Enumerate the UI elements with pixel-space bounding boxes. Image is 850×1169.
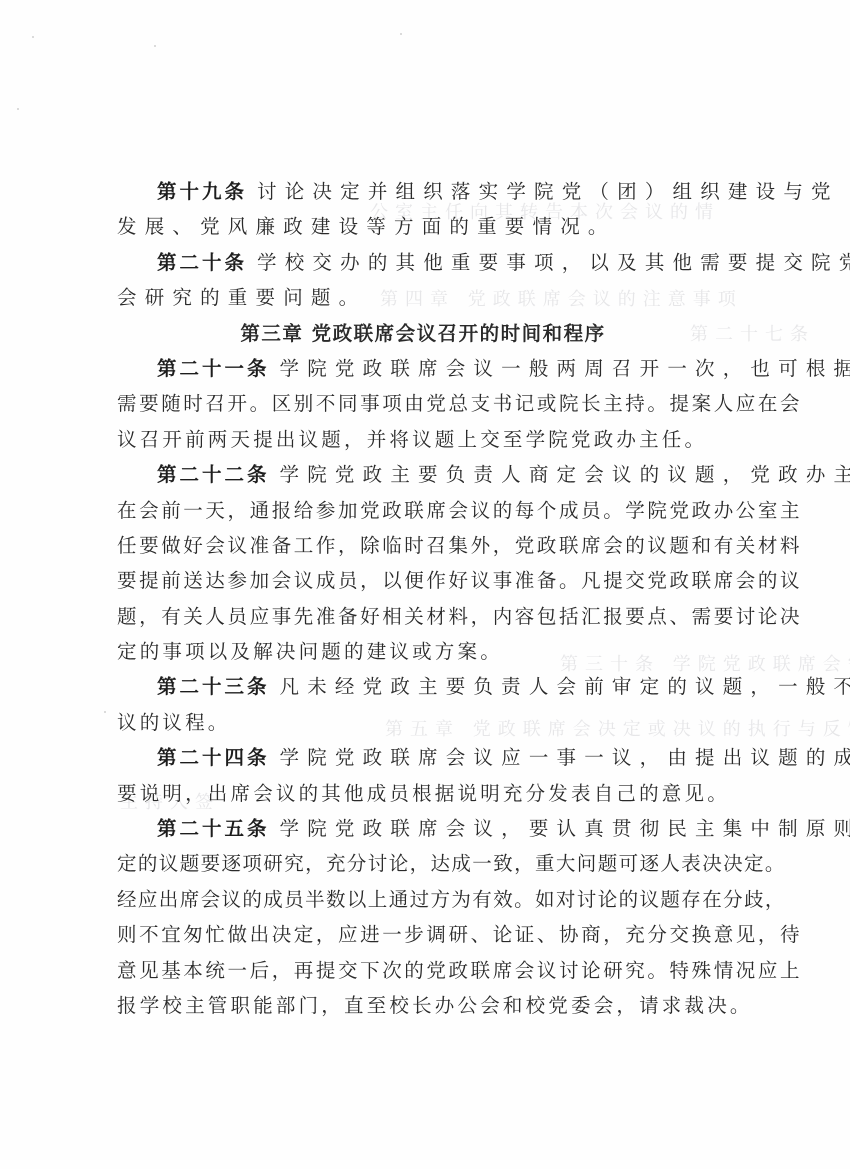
article-23-line-2: 议的议程。 (117, 705, 721, 740)
article-22-line-4: 要提前送达参加会议成员，以便作好议事准备。凡提交党政联席会的议 (117, 563, 721, 598)
article-number: 第二十四条 (157, 746, 270, 769)
article-text: 凡未经党政主要负责人会前审定的议题，一般不列入会 (280, 675, 850, 698)
article-19-line-2: 发展、党风廉政建设等方面的重要情况。 (117, 209, 721, 244)
scan-speck (400, 33, 402, 35)
scan-speck (104, 711, 106, 713)
article-25-line-6: 报学校主管职能部门，直至校长办公会和校党委会，请求裁决。 (117, 988, 721, 1023)
article-text: 学院党政联席会议应一事一议，由提出议题的成员作简 (280, 746, 850, 769)
article-20-line-1: 第二十条学校交办的其他重要事项，以及其他需要提交院党政联席 (117, 245, 721, 280)
scanned-page: 公室主任向其转告本次会议的情 第四章 党政联席会议的注意事项 第二十七条 第三十… (0, 0, 850, 1169)
article-number: 第十九条 (157, 180, 247, 203)
article-24-line-1: 第二十四条学院党政联席会议应一事一议，由提出议题的成员作简 (117, 740, 721, 775)
article-25-line-5: 意见基本统一后，再提交下次的党政联席会议讨论研究。特殊情况应上 (117, 953, 721, 988)
article-number: 第二十五条 (157, 817, 270, 840)
article-25-line-3: 经应出席会议的成员半数以上通过方为有效。如对讨论的议题存在分歧， (117, 882, 721, 917)
article-number: 第二十三条 (157, 675, 270, 698)
scan-speck (17, 108, 19, 110)
article-25-line-4: 则不宜匆忙做出决定，应进一步调研、论证、协商，充分交换意见，待 (117, 917, 721, 952)
article-19-line-1: 第十九条讨论决定并组织落实学院党（团）组织建设与党（团）员 (117, 174, 721, 209)
article-text: 学院党政主要负责人商定会议的议题，党政办主任应 (280, 463, 850, 486)
chapter-heading: 第三章 党政联席会议召开的时间和程序 (117, 316, 721, 351)
article-number: 第二十二条 (157, 463, 270, 486)
article-23-line-1: 第二十三条凡未经党政主要负责人会前审定的议题，一般不列入会 (117, 669, 721, 704)
document-body: 第十九条讨论决定并组织落实学院党（团）组织建设与党（团）员 发展、党风廉政建设等… (117, 174, 721, 1023)
article-number: 第二十一条 (157, 357, 270, 380)
article-text: 学院党政联席会议一般两周召开一次，也可根据工作 (280, 357, 850, 380)
article-21-line-1: 第二十一条学院党政联席会议一般两周召开一次，也可根据工作 (117, 351, 721, 386)
article-number: 第二十条 (157, 251, 247, 274)
article-text: 学院党政联席会议，要认真贯彻民主集中制原则，对确 (280, 817, 850, 840)
article-text: 讨论决定并组织落实学院党（团）组织建设与党（团）员 (257, 180, 850, 203)
article-22-line-2: 在会前一天，通报给参加党政联席会议的每个成员。学院党政办公室主 (117, 493, 721, 528)
article-21-line-2: 需要随时召开。区别不同事项由党总支书记或院长主持。提案人应在会 (117, 386, 721, 421)
article-20-line-2: 会研究的重要问题。 (117, 280, 721, 315)
article-22-line-3: 任要做好会议准备工作，除临时召集外，党政联席会的议题和有关材料 (117, 528, 721, 563)
article-25-line-1: 第二十五条学院党政联席会议，要认真贯彻民主集中制原则，对确 (117, 811, 721, 846)
scan-speck (154, 45, 156, 47)
article-22-line-1: 第二十二条学院党政主要负责人商定会议的议题，党政办主任应 (117, 457, 721, 492)
article-22-line-6: 定的事项以及解决问题的建议或方案。 (117, 634, 721, 669)
scan-speck (32, 36, 34, 38)
article-22-line-5: 题，有关人员应事先准备好相关材料，内容包括汇报要点、需要讨论决 (117, 599, 721, 634)
article-25-line-2: 定的议题要逐项研究，充分讨论，达成一致，重大问题可逐人表决决定。 (117, 846, 721, 881)
article-24-line-2: 要说明，出席会议的其他成员根据说明充分发表自己的意见。 (117, 776, 721, 811)
article-text: 学校交办的其他重要事项，以及其他需要提交院党政联席 (257, 251, 850, 274)
article-21-line-3: 议召开前两天提出议题，并将议题上交至学院党政办主任。 (117, 422, 721, 457)
